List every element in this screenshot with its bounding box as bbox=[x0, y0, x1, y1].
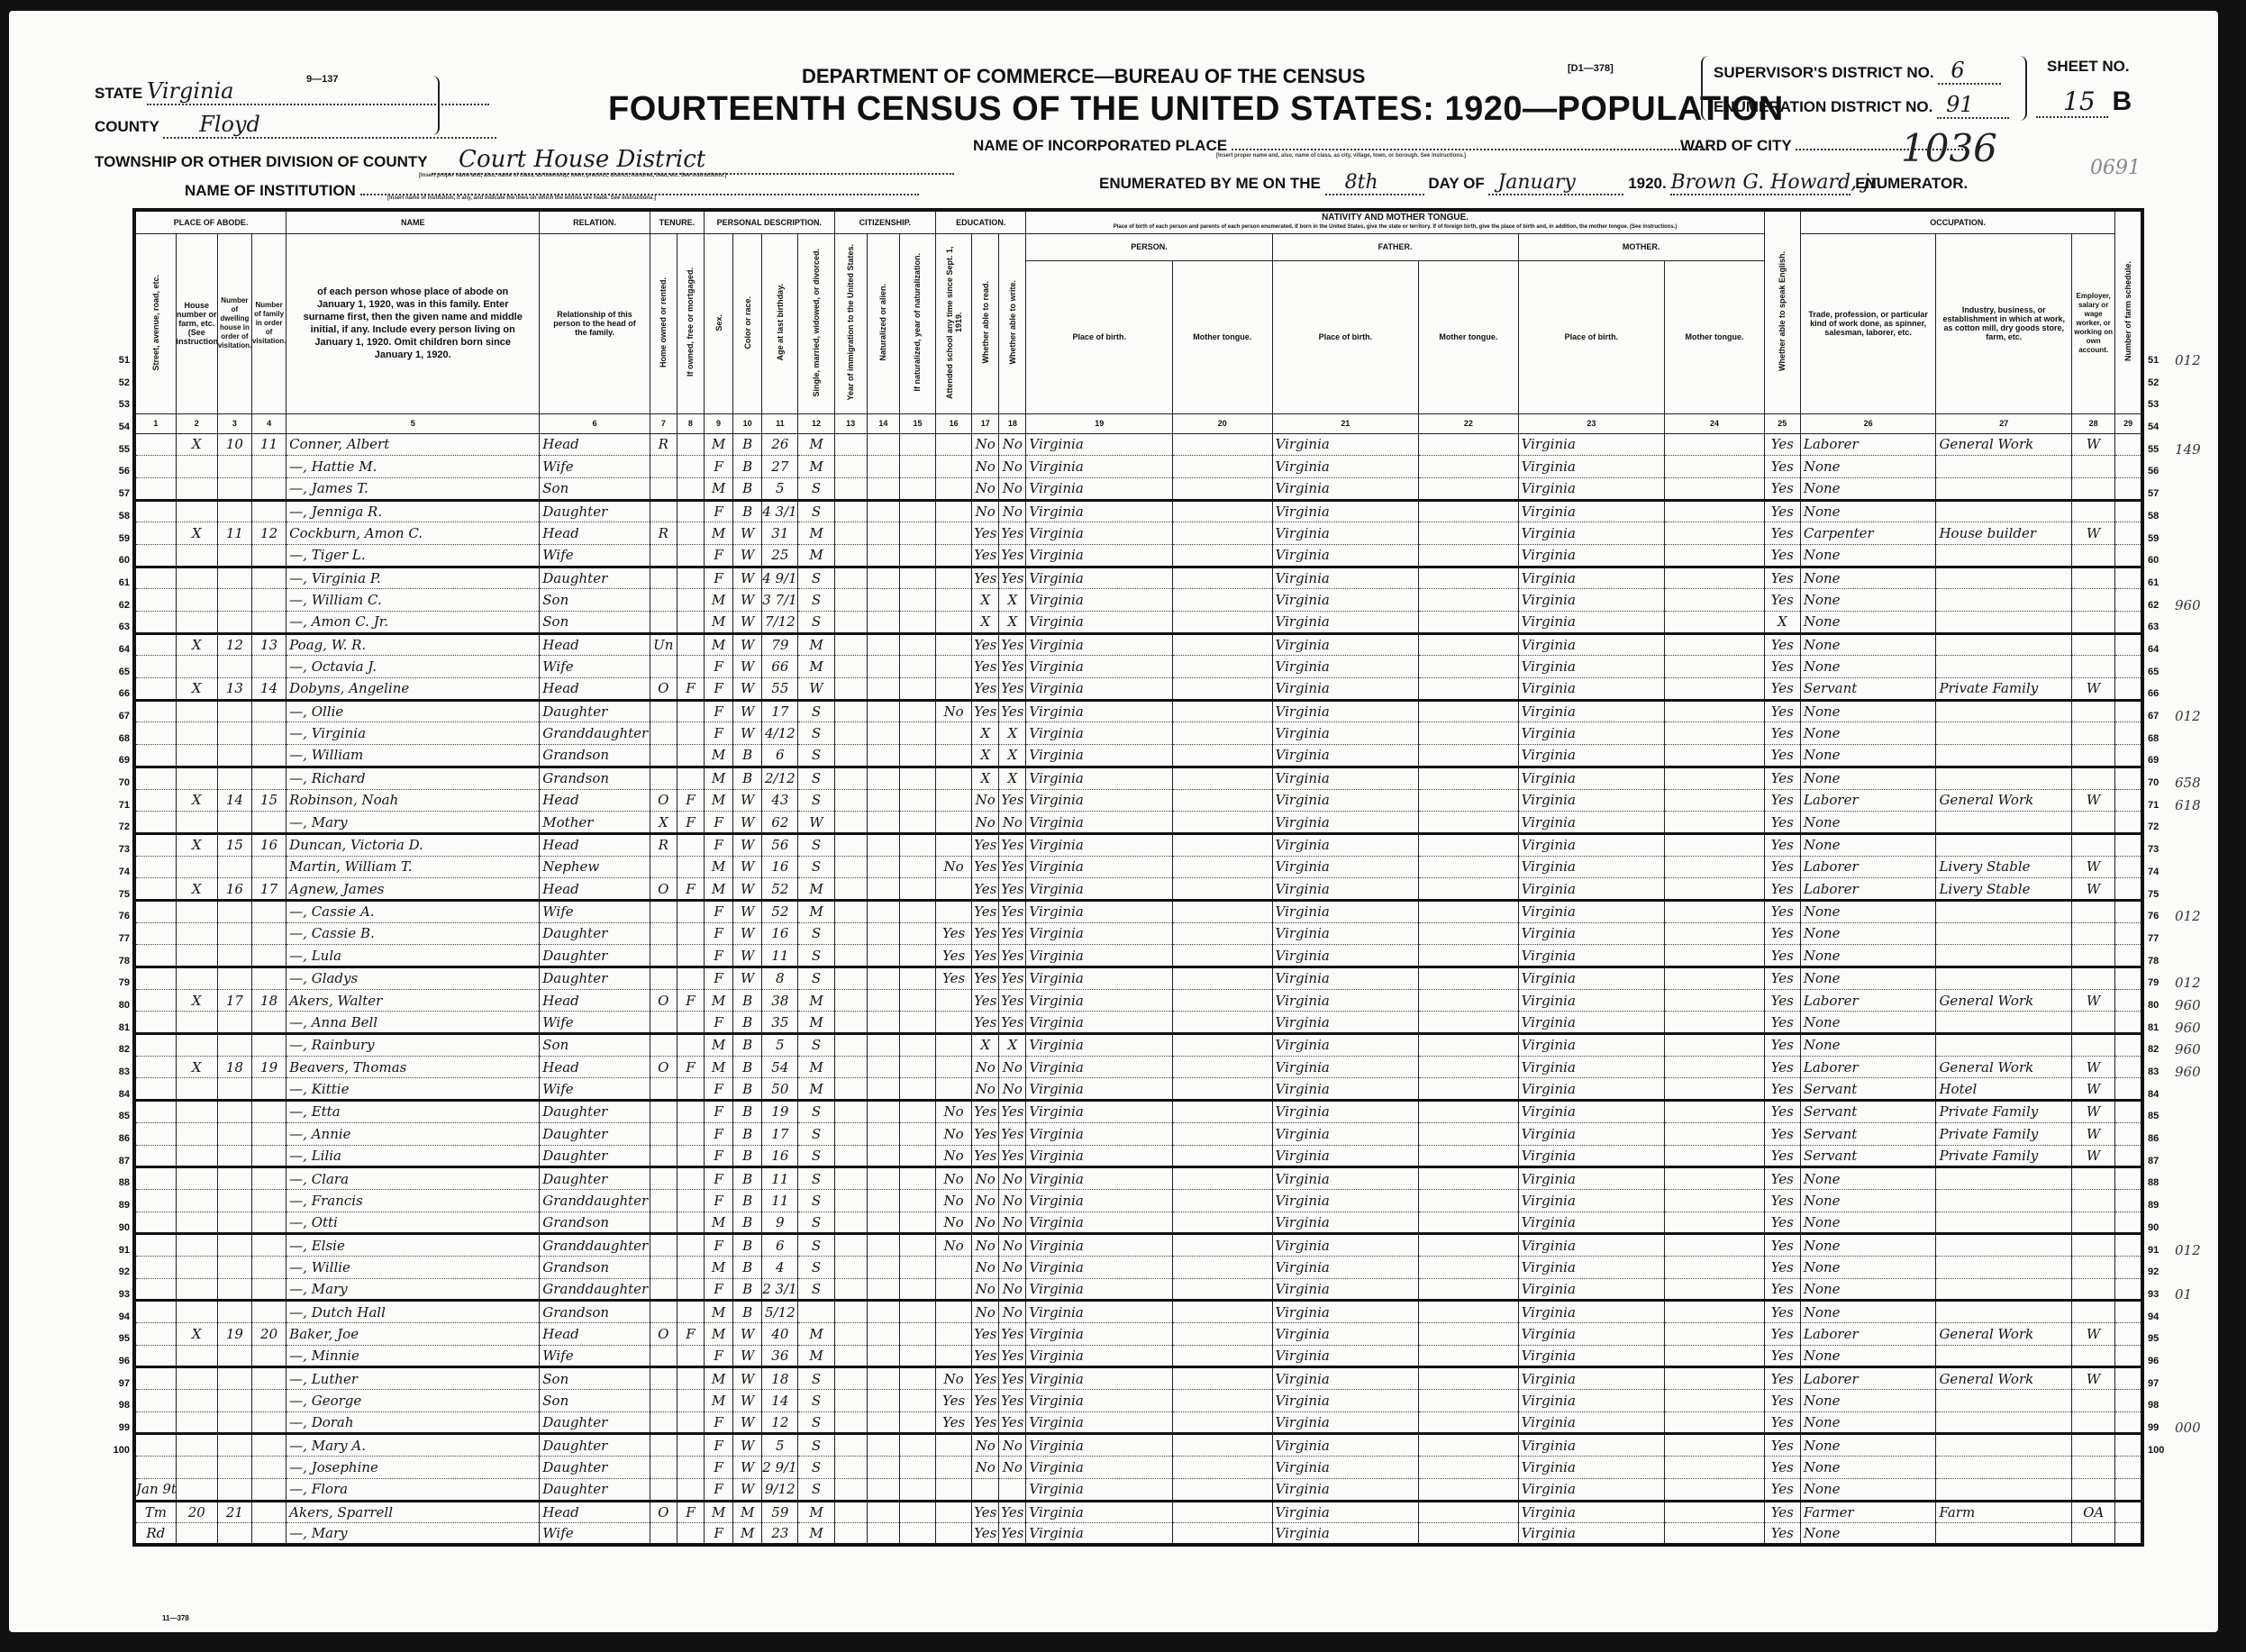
father-tongue-cell bbox=[1419, 589, 1518, 612]
house-number-cell bbox=[176, 1478, 217, 1501]
trade-cell: None bbox=[1800, 812, 1936, 834]
line-number: 74 bbox=[2148, 861, 2175, 884]
speaks-english-cell: Yes bbox=[1764, 922, 1800, 945]
mother-birthplace-cell: Virginia bbox=[1518, 633, 1665, 656]
school-cell: No bbox=[936, 1122, 972, 1145]
birthplace-cell: Virginia bbox=[1026, 745, 1173, 767]
sex-cell: M bbox=[705, 612, 733, 634]
write-cell: No bbox=[999, 812, 1026, 834]
mother-tongue-cell bbox=[1173, 700, 1272, 722]
col-8-header: If owned, free or mortgaged. bbox=[677, 233, 704, 413]
margin-code bbox=[2175, 572, 2229, 595]
enumerator-label: ENUMERATOR. bbox=[1855, 175, 1968, 192]
read-cell: No bbox=[972, 1189, 999, 1212]
class-of-worker-cell bbox=[2072, 567, 2115, 589]
birthplace-cell: Virginia bbox=[1026, 878, 1173, 901]
mother-birthplace-cell: Virginia bbox=[1518, 833, 1665, 856]
school-cell bbox=[936, 1323, 972, 1346]
naturalized-cell bbox=[867, 789, 899, 812]
industry-cell: Private Family bbox=[1936, 1122, 2072, 1145]
naturalization-year-cell bbox=[899, 833, 935, 856]
write-cell: X bbox=[999, 612, 1026, 634]
mother-tongue-cell bbox=[1173, 1234, 1272, 1257]
trade-cell: None bbox=[1800, 1411, 1936, 1434]
father-tongue-cell bbox=[1419, 1457, 1518, 1479]
mother-birthplace-cell: Virginia bbox=[1518, 1478, 1665, 1501]
family-cell: 11 bbox=[251, 433, 286, 456]
industry-cell bbox=[1936, 500, 2072, 522]
trade-cell: None bbox=[1800, 1434, 1936, 1457]
race-cell: B bbox=[733, 1056, 762, 1078]
write-cell: Yes bbox=[999, 567, 1026, 589]
table-row: —, JosephineDaughterFW2 9/12SNoNoVirgini… bbox=[134, 1457, 2142, 1479]
dwelling-cell: 21 bbox=[217, 1501, 251, 1523]
table-row: —, Cassie A.WifeFW52MYesYesVirginiaVirgi… bbox=[134, 900, 2142, 922]
home-owned-cell: O bbox=[650, 678, 677, 701]
family-cell bbox=[251, 1434, 286, 1457]
father-tongue-cell bbox=[1419, 945, 1518, 967]
relation-cell: Daughter bbox=[540, 1434, 650, 1457]
column-number: 13 bbox=[834, 413, 867, 433]
mother-tongue-2-cell bbox=[1665, 1212, 1764, 1234]
mother-birthplace-cell: Virginia bbox=[1518, 1145, 1665, 1167]
write-cell: No bbox=[999, 1189, 1026, 1212]
father-tongue-cell bbox=[1419, 1012, 1518, 1034]
immigration-year-cell bbox=[834, 1189, 867, 1212]
line-number: 98 bbox=[99, 1394, 130, 1417]
mother-tongue-cell bbox=[1173, 612, 1272, 634]
margin-code bbox=[2175, 416, 2229, 439]
home-owned-cell bbox=[650, 722, 677, 745]
write-cell: No bbox=[999, 1078, 1026, 1101]
immigration-year-cell bbox=[834, 500, 867, 522]
read-cell: Yes bbox=[972, 567, 999, 589]
marital-status-cell: S bbox=[798, 1256, 834, 1278]
read-cell: X bbox=[972, 612, 999, 634]
relation-cell: Nephew bbox=[540, 856, 650, 878]
sex-cell: M bbox=[705, 789, 733, 812]
house-number-cell bbox=[176, 1034, 217, 1057]
farm-schedule-cell bbox=[2115, 1434, 2142, 1457]
read-cell: Yes bbox=[972, 1411, 999, 1434]
trade-cell: Servant bbox=[1800, 1078, 1936, 1101]
trade-cell: None bbox=[1800, 1390, 1936, 1412]
read-cell: No bbox=[972, 789, 999, 812]
mortgage-cell bbox=[677, 567, 704, 589]
trade-cell: None bbox=[1800, 656, 1936, 678]
immigration-year-cell bbox=[834, 522, 867, 545]
class-of-worker-cell: W bbox=[2072, 989, 2115, 1012]
class-of-worker-cell bbox=[2072, 967, 2115, 990]
father-tongue-cell bbox=[1419, 1345, 1518, 1367]
column-number: 25 bbox=[1764, 413, 1800, 433]
immigration-year-cell bbox=[834, 900, 867, 922]
class-of-worker-cell bbox=[2072, 456, 2115, 478]
dwelling-cell: 17 bbox=[217, 989, 251, 1012]
industry-cell bbox=[1936, 1234, 2072, 1257]
line-number: 67 bbox=[99, 705, 130, 728]
race-cell: W bbox=[733, 722, 762, 745]
house-number-cell bbox=[176, 1189, 217, 1212]
table-row: —, Mary A.DaughterFW5SNoNoVirginiaVirgin… bbox=[134, 1434, 2142, 1457]
margin-code bbox=[2175, 505, 2229, 528]
sex-cell: F bbox=[705, 1234, 733, 1257]
mortgage-cell bbox=[677, 945, 704, 967]
trade-cell: None bbox=[1800, 1256, 1936, 1278]
farm-schedule-cell bbox=[2115, 967, 2142, 990]
industry-cell bbox=[1936, 567, 2072, 589]
street-cell bbox=[134, 656, 176, 678]
table-row: —, MaryGranddaughterFB2 3/12SNoNoVirgini… bbox=[134, 1278, 2142, 1301]
line-number: 52 bbox=[99, 372, 130, 395]
name-cell: —, Clara bbox=[286, 1167, 540, 1190]
write-cell: Yes bbox=[999, 856, 1026, 878]
class-of-worker-cell: W bbox=[2072, 1056, 2115, 1078]
industry-cell bbox=[1936, 967, 2072, 990]
line-number: 89 bbox=[99, 1194, 130, 1217]
incorporated-value bbox=[1232, 149, 1709, 150]
table-row: —, RainburySonMB5SXXVirginiaVirginiaVirg… bbox=[134, 1034, 2142, 1057]
line-number: 83 bbox=[99, 1061, 130, 1084]
line-number: 59 bbox=[2148, 528, 2175, 550]
school-cell bbox=[936, 1345, 972, 1367]
street-cell bbox=[134, 878, 176, 901]
name-cell: Martin, William T. bbox=[286, 856, 540, 878]
marital-status-cell: M bbox=[798, 633, 834, 656]
birthplace-cell: Virginia bbox=[1026, 1523, 1173, 1546]
mother-birthplace-cell: Virginia bbox=[1518, 1345, 1665, 1367]
line-number: 70 bbox=[99, 772, 130, 794]
line-number: 82 bbox=[99, 1039, 130, 1061]
class-of-worker-cell bbox=[2072, 544, 2115, 567]
mother-birthplace-cell: Virginia bbox=[1518, 678, 1665, 701]
column-number: 3 bbox=[217, 413, 251, 433]
street-cell bbox=[134, 1278, 176, 1301]
relation-cell: Head bbox=[540, 433, 650, 456]
farm-schedule-cell bbox=[2115, 1411, 2142, 1434]
table-row: —, Hattie M.WifeFB27MNoNoVirginiaVirgini… bbox=[134, 456, 2142, 478]
naturalized-cell bbox=[867, 589, 899, 612]
line-number: 100 bbox=[2148, 1439, 2175, 1462]
house-number-cell bbox=[176, 1078, 217, 1101]
age-cell: 5 bbox=[762, 477, 798, 500]
father-birthplace-cell: Virginia bbox=[1272, 544, 1419, 567]
relation-cell: Daughter bbox=[540, 1145, 650, 1167]
father-tongue-cell bbox=[1419, 1122, 1518, 1145]
school-cell bbox=[936, 878, 972, 901]
marital-status-cell: S bbox=[798, 477, 834, 500]
class-of-worker-cell bbox=[2072, 589, 2115, 612]
line-number: 99 bbox=[99, 1417, 130, 1439]
line-number: 84 bbox=[2148, 1084, 2175, 1106]
mortgage-cell bbox=[677, 1189, 704, 1212]
line-number: 61 bbox=[2148, 572, 2175, 595]
class-of-worker-cell bbox=[2072, 1034, 2115, 1057]
trade-cell: Laborer bbox=[1800, 789, 1936, 812]
col-23-header: Place of birth. bbox=[1518, 260, 1665, 413]
farm-schedule-cell bbox=[2115, 833, 2142, 856]
age-cell: 9 bbox=[762, 1212, 798, 1234]
speaks-english-cell: Yes bbox=[1764, 1345, 1800, 1367]
read-cell: No bbox=[972, 1212, 999, 1234]
col-6-header: Relationship of this person to the head … bbox=[540, 233, 650, 413]
birthplace-cell: Virginia bbox=[1026, 567, 1173, 589]
father-tongue-cell bbox=[1419, 500, 1518, 522]
group-education: EDUCATION. bbox=[936, 210, 1026, 233]
table-row: —, Tiger L.WifeFW25MYesYesVirginiaVirgin… bbox=[134, 544, 2142, 567]
relation-cell: Daughter bbox=[540, 700, 650, 722]
margin-code bbox=[2175, 839, 2229, 861]
naturalization-year-cell bbox=[899, 1411, 935, 1434]
write-cell: No bbox=[999, 1301, 1026, 1323]
relation-cell: Daughter bbox=[540, 967, 650, 990]
class-of-worker-cell bbox=[2072, 1189, 2115, 1212]
margin-code bbox=[2175, 661, 2229, 684]
mortgage-cell bbox=[677, 500, 704, 522]
column-number: 20 bbox=[1173, 413, 1272, 433]
sex-cell: M bbox=[705, 1212, 733, 1234]
farm-schedule-cell bbox=[2115, 1523, 2142, 1546]
naturalized-cell bbox=[867, 1212, 899, 1234]
name-cell: —, Mary bbox=[286, 1523, 540, 1546]
age-cell: 31 bbox=[762, 522, 798, 545]
mother-birthplace-cell: Virginia bbox=[1518, 656, 1665, 678]
dwelling-cell bbox=[217, 1390, 251, 1412]
school-cell bbox=[936, 456, 972, 478]
dwelling-cell bbox=[217, 945, 251, 967]
street-cell: Tm bbox=[134, 1501, 176, 1523]
marital-status-cell: S bbox=[798, 500, 834, 522]
sex-cell: F bbox=[705, 1145, 733, 1167]
age-cell: 56 bbox=[762, 833, 798, 856]
father-birthplace-cell: Virginia bbox=[1272, 1034, 1419, 1057]
line-number: 77 bbox=[99, 928, 130, 950]
race-cell: W bbox=[733, 612, 762, 634]
enumerated-field: ENUMERATED BY ME ON THE 8th DAY OF Janua… bbox=[1099, 171, 1968, 195]
trade-cell: Servant bbox=[1800, 1101, 1936, 1123]
dwelling-cell: 11 bbox=[217, 522, 251, 545]
naturalized-cell bbox=[867, 856, 899, 878]
father-birthplace-cell: Virginia bbox=[1272, 1411, 1419, 1434]
mother-tongue-cell bbox=[1173, 833, 1272, 856]
margin-code bbox=[2175, 1150, 2229, 1173]
school-cell: Yes bbox=[936, 967, 972, 990]
ward-label: WARD OF CITY bbox=[1680, 137, 1791, 154]
relation-cell: Grandson bbox=[540, 1256, 650, 1278]
house-number-cell bbox=[176, 1457, 217, 1479]
line-number: 62 bbox=[99, 595, 130, 617]
write-cell: X bbox=[999, 1034, 1026, 1057]
street-cell bbox=[134, 1367, 176, 1390]
margin-code bbox=[2175, 394, 2229, 416]
mother-birthplace-cell: Virginia bbox=[1518, 589, 1665, 612]
sex-cell: M bbox=[705, 433, 733, 456]
class-of-worker-cell bbox=[2072, 1256, 2115, 1278]
father-birthplace-cell: Virginia bbox=[1272, 433, 1419, 456]
trade-cell: None bbox=[1800, 567, 1936, 589]
industry-cell bbox=[1936, 1345, 2072, 1367]
line-number: 93 bbox=[99, 1284, 130, 1306]
relation-cell: Wife bbox=[540, 456, 650, 478]
age-cell: 5 bbox=[762, 1434, 798, 1457]
district-brace-left bbox=[1701, 56, 1710, 121]
margin-code: 618 bbox=[2175, 794, 2229, 817]
sex-cell: F bbox=[705, 1478, 733, 1501]
sex-cell: F bbox=[705, 1457, 733, 1479]
state-county-brace bbox=[432, 76, 440, 135]
table-row: —, EttaDaughterFB19SNoYesYesVirginiaVirg… bbox=[134, 1101, 2142, 1123]
dwelling-cell: 16 bbox=[217, 878, 251, 901]
naturalization-year-cell bbox=[899, 477, 935, 500]
mother-tongue-cell bbox=[1173, 989, 1272, 1012]
col-25-header: Whether able to speak English. bbox=[1764, 210, 1800, 413]
sex-cell: M bbox=[705, 477, 733, 500]
naturalized-cell bbox=[867, 433, 899, 456]
speaks-english-cell: Yes bbox=[1764, 1122, 1800, 1145]
naturalized-cell bbox=[867, 1478, 899, 1501]
home-owned-cell bbox=[650, 1145, 677, 1167]
mother-tongue-cell bbox=[1173, 1212, 1272, 1234]
relation-cell: Head bbox=[540, 1056, 650, 1078]
write-cell: Yes bbox=[999, 967, 1026, 990]
house-number-cell bbox=[176, 1145, 217, 1167]
marital-status-cell: M bbox=[798, 456, 834, 478]
line-number: 92 bbox=[2148, 1261, 2175, 1284]
mother-tongue-2-cell bbox=[1665, 1101, 1764, 1123]
father-tongue-cell bbox=[1419, 1411, 1518, 1434]
birthplace-cell: Virginia bbox=[1026, 856, 1173, 878]
family-cell bbox=[251, 967, 286, 990]
immigration-year-cell bbox=[834, 1012, 867, 1034]
dwelling-cell bbox=[217, 1434, 251, 1457]
institution-hint: [Insert name of institution, if any, and… bbox=[387, 195, 656, 201]
marital-status-cell: M bbox=[798, 1523, 834, 1546]
table-row: —, WilliamGrandsonMB6SXXVirginiaVirginia… bbox=[134, 745, 2142, 767]
father-birthplace-cell: Virginia bbox=[1272, 477, 1419, 500]
incorporated-hint: [Insert proper name and, also, name of c… bbox=[1216, 153, 1466, 159]
stamp-number-2: 0691 bbox=[2090, 157, 2141, 179]
census-rows: X1011Conner, AlbertHeadRMB26MNoNoVirgini… bbox=[134, 433, 2142, 1545]
mother-tongue-2-cell bbox=[1665, 656, 1764, 678]
naturalized-cell bbox=[867, 1278, 899, 1301]
mother-birthplace-cell: Virginia bbox=[1518, 1034, 1665, 1057]
father-birthplace-cell: Virginia bbox=[1272, 1478, 1419, 1501]
race-cell: B bbox=[733, 1078, 762, 1101]
naturalized-cell bbox=[867, 1256, 899, 1278]
naturalized-cell bbox=[867, 500, 899, 522]
father-tongue-cell bbox=[1419, 812, 1518, 834]
father-tongue-cell bbox=[1419, 1523, 1518, 1546]
home-owned-cell bbox=[650, 1301, 677, 1323]
mother-tongue-cell bbox=[1173, 767, 1272, 789]
margin-code bbox=[2175, 549, 2229, 572]
street-cell bbox=[134, 678, 176, 701]
mother-tongue-cell bbox=[1173, 1367, 1272, 1390]
speaks-english-cell: X bbox=[1764, 612, 1800, 634]
mortgage-cell bbox=[677, 433, 704, 456]
table-row: X1819Beavers, ThomasHeadOFMB54MNoNoVirgi… bbox=[134, 1056, 2142, 1078]
street-cell bbox=[134, 1101, 176, 1123]
mother-tongue-2-cell bbox=[1665, 812, 1764, 834]
mother-tongue-2-cell bbox=[1665, 789, 1764, 812]
father-tongue-cell bbox=[1419, 1501, 1518, 1523]
farm-schedule-cell bbox=[2115, 678, 2142, 701]
marital-status-cell: M bbox=[798, 656, 834, 678]
house-number-cell bbox=[176, 1101, 217, 1123]
township-hint: [Insert proper name and, also, name of c… bbox=[419, 173, 726, 178]
house-number-cell bbox=[176, 945, 217, 967]
line-number: 75 bbox=[99, 884, 130, 906]
race-cell: W bbox=[733, 567, 762, 589]
birthplace-cell: Virginia bbox=[1026, 612, 1173, 634]
naturalization-year-cell bbox=[899, 789, 935, 812]
naturalization-year-cell bbox=[899, 1345, 935, 1367]
naturalization-year-cell bbox=[899, 612, 935, 634]
race-cell: B bbox=[733, 1167, 762, 1190]
table-row: X1213Poag, W. R.HeadUnMW79MYesYesVirgini… bbox=[134, 633, 2142, 656]
home-owned-cell bbox=[650, 1034, 677, 1057]
relation-cell: Head bbox=[540, 1323, 650, 1346]
relation-cell: Daughter bbox=[540, 945, 650, 967]
industry-cell: General Work bbox=[1936, 1056, 2072, 1078]
margin-code: 960 bbox=[2175, 1039, 2229, 1061]
dwelling-cell: 19 bbox=[217, 1323, 251, 1346]
family-cell bbox=[251, 767, 286, 789]
line-number: 72 bbox=[99, 816, 130, 839]
table-row: Tm2021Akers, SparrellHeadOFMM59MYesYesVi… bbox=[134, 1501, 2142, 1523]
home-owned-cell bbox=[650, 1523, 677, 1546]
father-birthplace-cell: Virginia bbox=[1272, 878, 1419, 901]
house-number-cell bbox=[176, 1234, 217, 1257]
immigration-year-cell bbox=[834, 1323, 867, 1346]
mortgage-cell bbox=[677, 922, 704, 945]
sex-cell: F bbox=[705, 967, 733, 990]
trade-cell: None bbox=[1800, 477, 1936, 500]
school-cell bbox=[936, 1434, 972, 1457]
house-number-cell bbox=[176, 589, 217, 612]
marital-status-cell: S bbox=[798, 1167, 834, 1190]
house-number-cell: X bbox=[176, 678, 217, 701]
age-cell: 27 bbox=[762, 456, 798, 478]
naturalized-cell bbox=[867, 1457, 899, 1479]
father-tongue-cell bbox=[1419, 878, 1518, 901]
col-26-header: Trade, profession, or particular kind of… bbox=[1800, 233, 1936, 413]
line-number: 72 bbox=[2148, 816, 2175, 839]
father-tongue-cell bbox=[1419, 1234, 1518, 1257]
birthplace-cell: Virginia bbox=[1026, 1256, 1173, 1278]
house-number-cell bbox=[176, 856, 217, 878]
mother-tongue-2-cell bbox=[1665, 1390, 1764, 1412]
class-of-worker-cell: W bbox=[2072, 1145, 2115, 1167]
mortgage-cell bbox=[677, 1478, 704, 1501]
dwelling-cell: 15 bbox=[217, 833, 251, 856]
naturalized-cell bbox=[867, 1434, 899, 1457]
mother-tongue-2-cell bbox=[1665, 1167, 1764, 1190]
race-cell: B bbox=[733, 1145, 762, 1167]
home-owned-cell: R bbox=[650, 433, 677, 456]
birthplace-cell: Virginia bbox=[1026, 544, 1173, 567]
trade-cell: None bbox=[1800, 900, 1936, 922]
dwelling-cell bbox=[217, 1122, 251, 1145]
nativity-note: Place of birth of each person and parent… bbox=[1026, 222, 1763, 231]
col-24-header: Mother tongue. bbox=[1665, 260, 1764, 413]
relation-cell: Grandson bbox=[540, 1212, 650, 1234]
dwelling-cell bbox=[217, 745, 251, 767]
line-number: 60 bbox=[99, 549, 130, 572]
mother-tongue-2-cell bbox=[1665, 456, 1764, 478]
street-cell bbox=[134, 1301, 176, 1323]
enumerated-day: 8th bbox=[1325, 171, 1424, 195]
